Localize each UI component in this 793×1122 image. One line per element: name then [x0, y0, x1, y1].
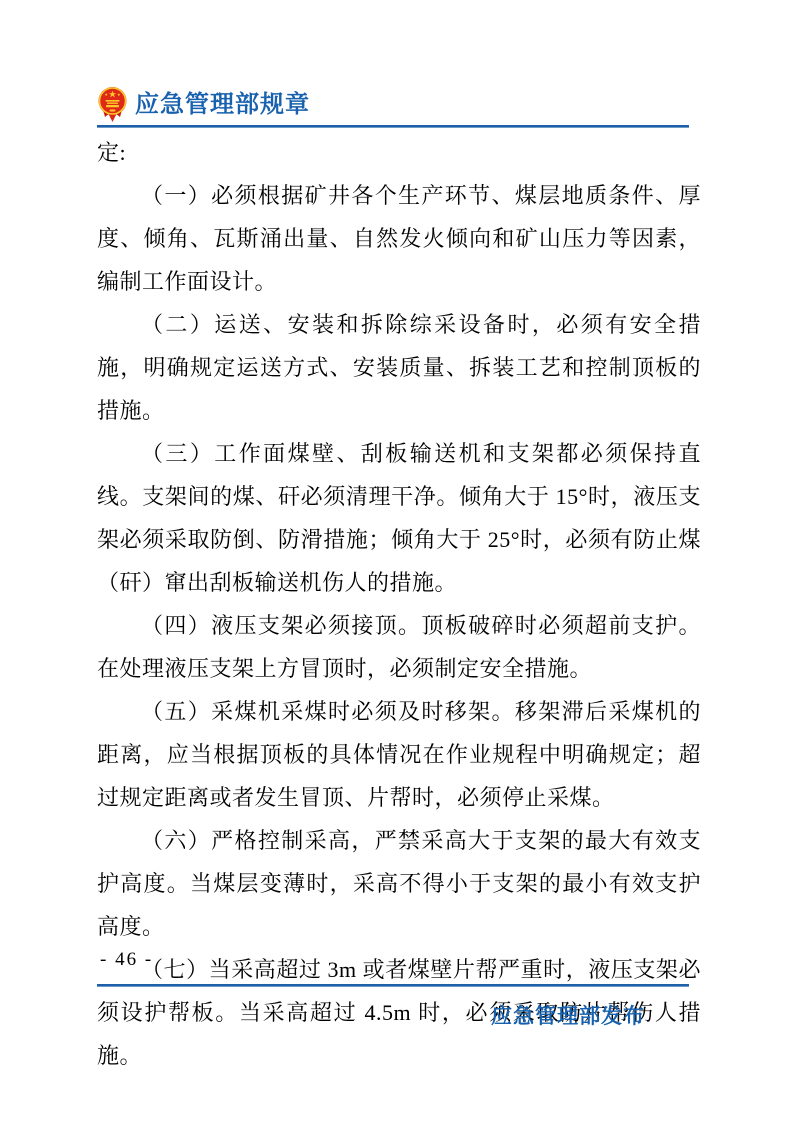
document-page: 应急管理部规章 定: （一）必须根据矿井各个生产环节、煤层地质条件、厚度、倾角、… [0, 0, 793, 1122]
body-paragraph: （四）液压支架必须接顶。顶板破碎时必须超前支护。在处理液压支架上方冒顶时，必须制… [97, 604, 701, 690]
page-number: - 46 - [100, 949, 153, 971]
footer-publisher: 应急管理部发布 [97, 1000, 689, 1030]
body-paragraph: （二）运送、安装和拆除综采设备时，必须有安全措施，明确规定运送方式、安装质量、拆… [97, 303, 701, 432]
header-rule [97, 125, 689, 128]
national-emblem-icon [97, 86, 128, 122]
page-header: 应急管理部规章 [97, 86, 310, 122]
body-paragraph: 定: [97, 131, 701, 174]
header-title: 应急管理部规章 [135, 91, 310, 117]
body-paragraph: （六）严格控制采高，严禁采高大于支架的最大有效支护高度。当煤层变薄时，采高不得小… [97, 819, 701, 948]
body-paragraph: （五）采煤机采煤时必须及时移架。移架滞后采煤机的距离，应当根据顶板的具体情况在作… [97, 690, 701, 819]
body-paragraph: （三）工作面煤壁、刮板输送机和支架都必须保持直线。支架间的煤、矸必须清理干净。倾… [97, 432, 701, 604]
body-paragraph: （一）必须根据矿井各个生产环节、煤层地质条件、厚度、倾角、瓦斯涌出量、自然发火倾… [97, 174, 701, 303]
document-body: 定: （一）必须根据矿井各个生产环节、煤层地质条件、厚度、倾角、瓦斯涌出量、自然… [97, 131, 701, 1077]
footer-rule [97, 984, 689, 987]
